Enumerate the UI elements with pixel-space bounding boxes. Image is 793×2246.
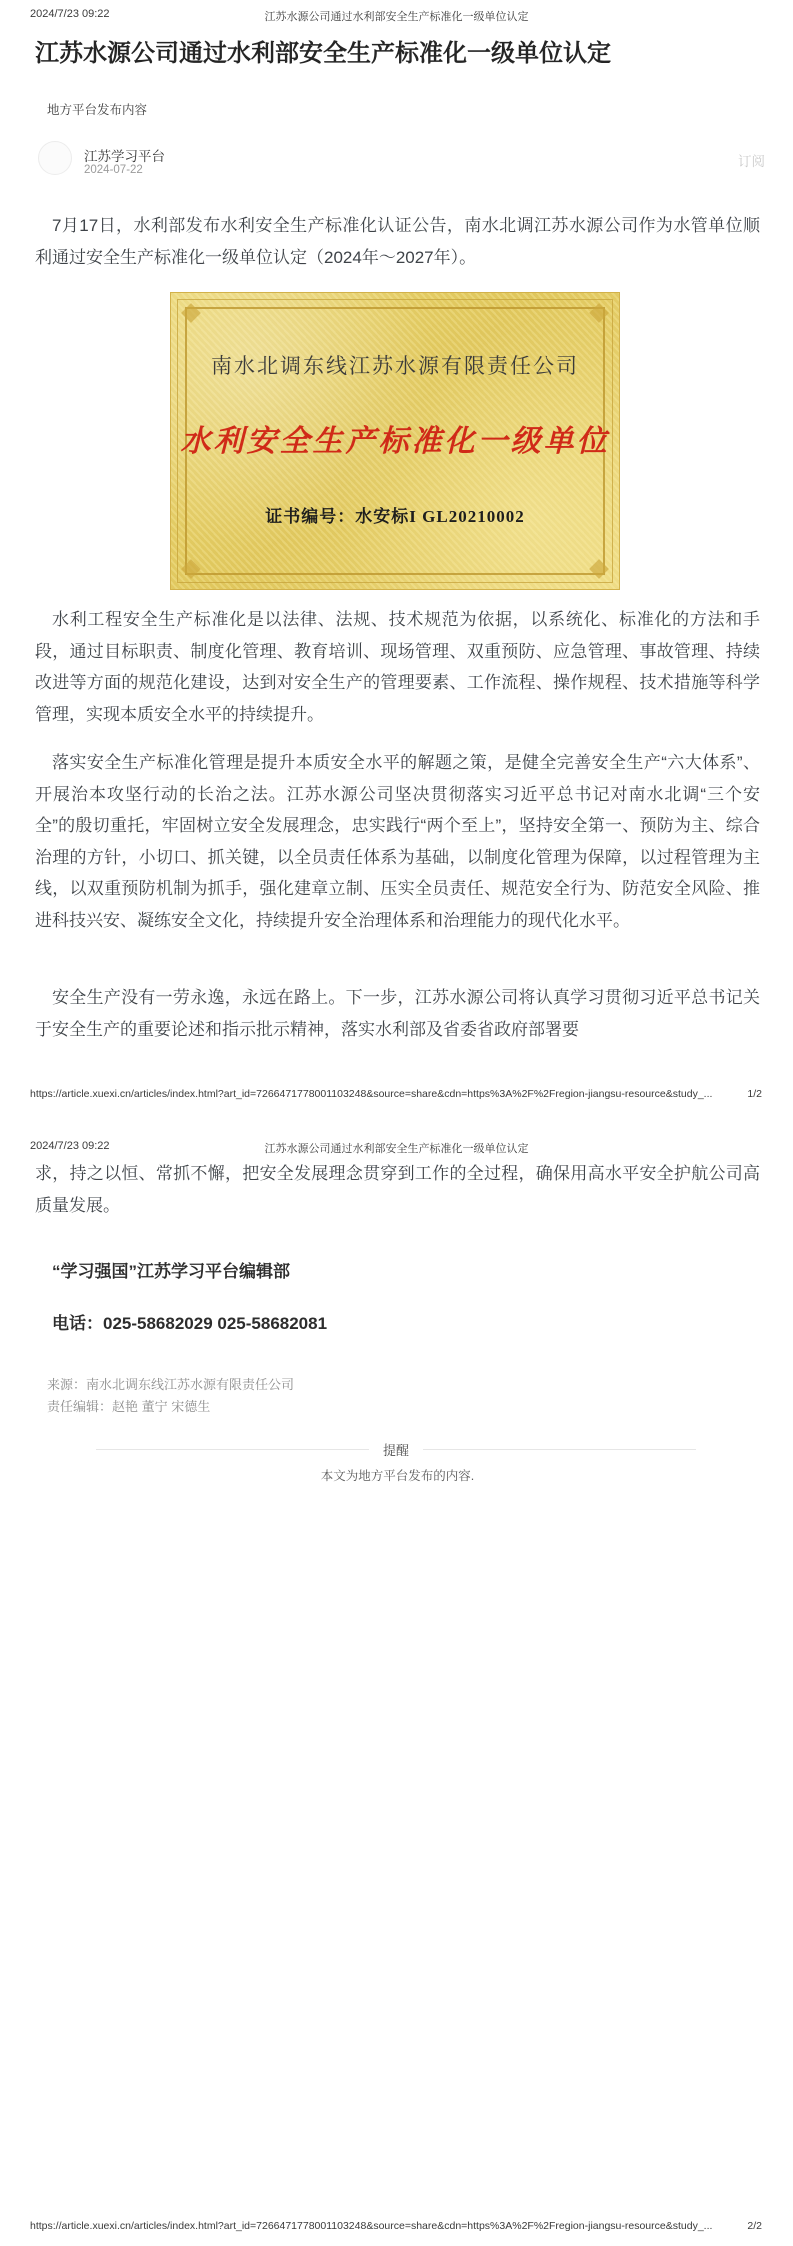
certificate-company-name: 南水北调东线江苏水源有限责任公司 [170,350,620,380]
paragraph-1: 7月17日，水利部发布水利安全生产标准化认证公告，南水北调江苏水源公司作为水管单… [35,210,760,273]
print-page-2: 2024/7/23 09:22 江苏水源公司通过水利部安全生产标准化一级单位认定… [0,1110,793,2246]
print-footer-url: https://article.xuexi.cn/articles/index.… [30,2220,712,2232]
divider-line-right [423,1449,696,1450]
certificate-number: 证书编号：水安标I GL20210002 [170,502,620,527]
notice-body: 本文为地方平台发布的内容. [35,1466,760,1484]
notice-divider: 提醒 [96,1440,696,1459]
notice-title: 提醒 [369,1440,423,1459]
divider-line-left [96,1449,369,1450]
author-name: 江苏学习平台 [84,145,165,165]
print-header-title: 江苏水源公司通过水利部安全生产标准化一级单位认定 [0,8,793,24]
paragraph-2: 水利工程安全生产标准化是以法律、法规、技术规范为依据，以系统化、标准化的方法和手… [35,604,760,730]
author-avatar [38,141,72,175]
print-page-1: 2024/7/23 09:22 江苏水源公司通过水利部安全生产标准化一级单位认定… [0,0,793,1110]
article-title: 江苏水源公司通过水利部安全生产标准化一级单位认定 [35,38,760,70]
paragraph-4-part2: 求，持之以恒、常抓不懈，把安全发展理念贯穿到工作的全过程，确保用高水平安全护航公… [35,1158,760,1221]
paragraph-3: 落实安全生产标准化管理是提升本质安全水平的解题之策，是健全完善安全生产“六大体系… [35,747,760,936]
editors-line: 责任编辑：赵艳 董宁 宋德生 [47,1396,210,1415]
print-preview-document: 2024/7/23 09:22 江苏水源公司通过水利部安全生产标准化一级单位认定… [0,0,793,2246]
subscribe-button[interactable]: 订阅 [738,150,765,170]
print-footer-page-number: 2/2 [747,2220,762,2232]
certificate-image: 南水北调东线江苏水源有限责任公司 水利安全生产标准化一级单位 证书编号：水安标I… [170,292,620,590]
certificate-award-title: 水利安全生产标准化一级单位 [170,416,620,460]
editorial-department-line: “学习强国”江苏学习平台编辑部 [35,1256,760,1288]
paragraph-4-part1: 安全生产没有一劳永逸，永远在路上。下一步，江苏水源公司将认真学习贯彻习近平总书记… [35,982,760,1045]
print-header-title: 江苏水源公司通过水利部安全生产标准化一级单位认定 [0,1140,793,1156]
print-footer-url: https://article.xuexi.cn/articles/index.… [30,1088,712,1100]
print-footer-page-number: 1/2 [747,1088,762,1100]
source-line: 来源：南水北调东线江苏水源有限责任公司 [47,1374,294,1393]
publish-date: 2024-07-22 [84,164,143,176]
category-label: 地方平台发布内容 [47,100,147,118]
phone-line: 电话：025-58682029 025-58682081 [35,1308,760,1340]
